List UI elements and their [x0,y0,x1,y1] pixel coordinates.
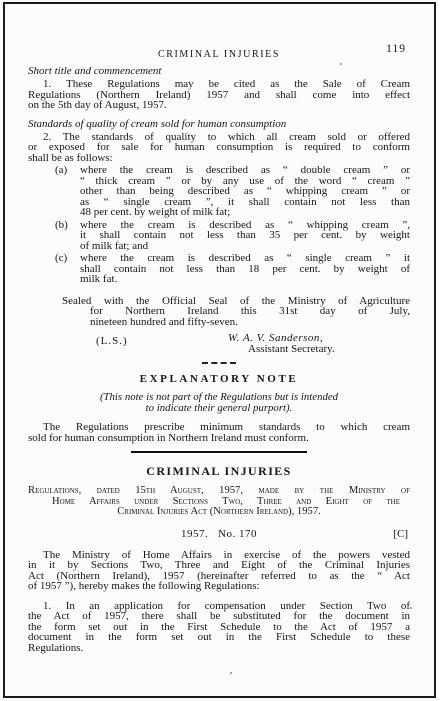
text-line: Regulations. [28,643,410,654]
running-head-title: CRIMINAL INJURIES [158,49,280,60]
preamble-line: Criminal Injuries Act (Northern Ireland)… [28,507,410,518]
signature: W. A. V. Sanderson, Assistant Secretary. [228,333,335,355]
paragraph-1-criminal-injuries: 1. In an application for compensation un… [28,601,410,654]
signature-title: Assistant Secretary. [248,344,335,355]
explanatory-note-caveat: (This note is not part of the Regulation… [28,392,410,413]
text-line: it shall contain not less than 35 per ce… [80,230,410,241]
text-line: where the cream is described as “ single… [80,253,410,264]
running-head: CRIMINAL INJURIES 119 [28,44,410,58]
sidehead-short-title: Short title and commencement [28,65,410,77]
scan-speck [230,672,232,674]
list-body-a: where the cream is described as “ double… [80,165,410,218]
list-marker-c: (c) [55,253,67,264]
sidehead-standards: Standards of quality of cream sold for h… [28,118,410,130]
text-line: where the cream is described as “ double… [80,165,410,176]
text-line: shall contain not less than 18 per cent.… [80,264,410,275]
regulation-number: 1957. No. 170 [181,528,257,540]
sealing-line: nineteen hundred and fifty-seven. [90,317,410,328]
page-number: 119 [386,43,406,55]
explanatory-note-body: The Regulations prescribe minimum standa… [28,422,410,443]
list-item-c: (c) where the cream is described as “ si… [28,253,410,285]
text-line: on the 5th day of August, 1957. [28,100,410,111]
scan-speck [340,63,342,65]
document-page: CRIMINAL INJURIES 119 Short title and co… [0,0,440,701]
margin-reference: [C] [393,528,408,540]
preamble-line: Regulations, dated 15th August, 1957, ma… [28,486,410,497]
text-line: milk fat. [80,274,410,285]
paragraph-1-cream: 1. These Regulations may be cited as the… [28,79,410,111]
scan-speck [410,607,412,609]
text-line: shall be as follows: [28,153,410,164]
list-marker-a: (a) [55,165,67,176]
list-body-c: where the cream is described as “ single… [80,253,410,285]
text-line: 48 per cent. by weight of milk fat; [80,207,410,218]
text-line: document in the form set out in the Firs… [28,632,410,643]
text-line: of 1957 ”), hereby makes the following R… [28,581,410,592]
section-divider-rule [131,451,307,453]
list-marker-b: (b) [55,220,68,231]
sealing-line: for Northern Ireland this 31st day of Ju… [90,306,410,317]
text-line: 1. These Regulations may be cited as the… [28,79,410,90]
text-line: or exposed for sale for human consumptio… [28,142,410,153]
signature-block: (L.S.) W. A. V. Sanderson, Assistant Sec… [28,333,410,356]
text-line: other than being described as “ whipping… [80,186,410,197]
text-line: to indicate their general purport). [28,403,410,414]
text-line: The Regulations prescribe minimum standa… [28,422,410,433]
text-line: (This note is not part of the Regulation… [28,392,410,403]
regulation-number-row: 1957. No. 170 [C] [28,528,410,541]
list-body-b: where the cream is described as “ whippi… [80,220,410,252]
list-item-b: (b) where the cream is described as “ wh… [28,220,410,252]
short-dash-rule [202,362,236,364]
seal-mark: (L.S.) [96,335,128,347]
section-title-criminal-injuries: CRIMINAL INJURIES [28,464,410,478]
list-item-a: (a) where the cream is described as “ do… [28,165,410,218]
paragraph-2-cream: 2. The standards of quality to which all… [28,132,410,164]
text-line: sold for human consumption in Northern I… [28,433,410,444]
enacting-paragraph: The Ministry of Home Affairs in exercise… [28,550,410,592]
regulation-preamble: Regulations, dated 15th August, 1957, ma… [28,486,410,518]
explanatory-note-heading: EXPLANATORY NOTE [28,373,410,386]
scan-speck [44,97,46,99]
sealing-clause: Sealed with the Official Seal of the Min… [28,296,410,328]
text-line: of milk fat; and [80,241,410,252]
